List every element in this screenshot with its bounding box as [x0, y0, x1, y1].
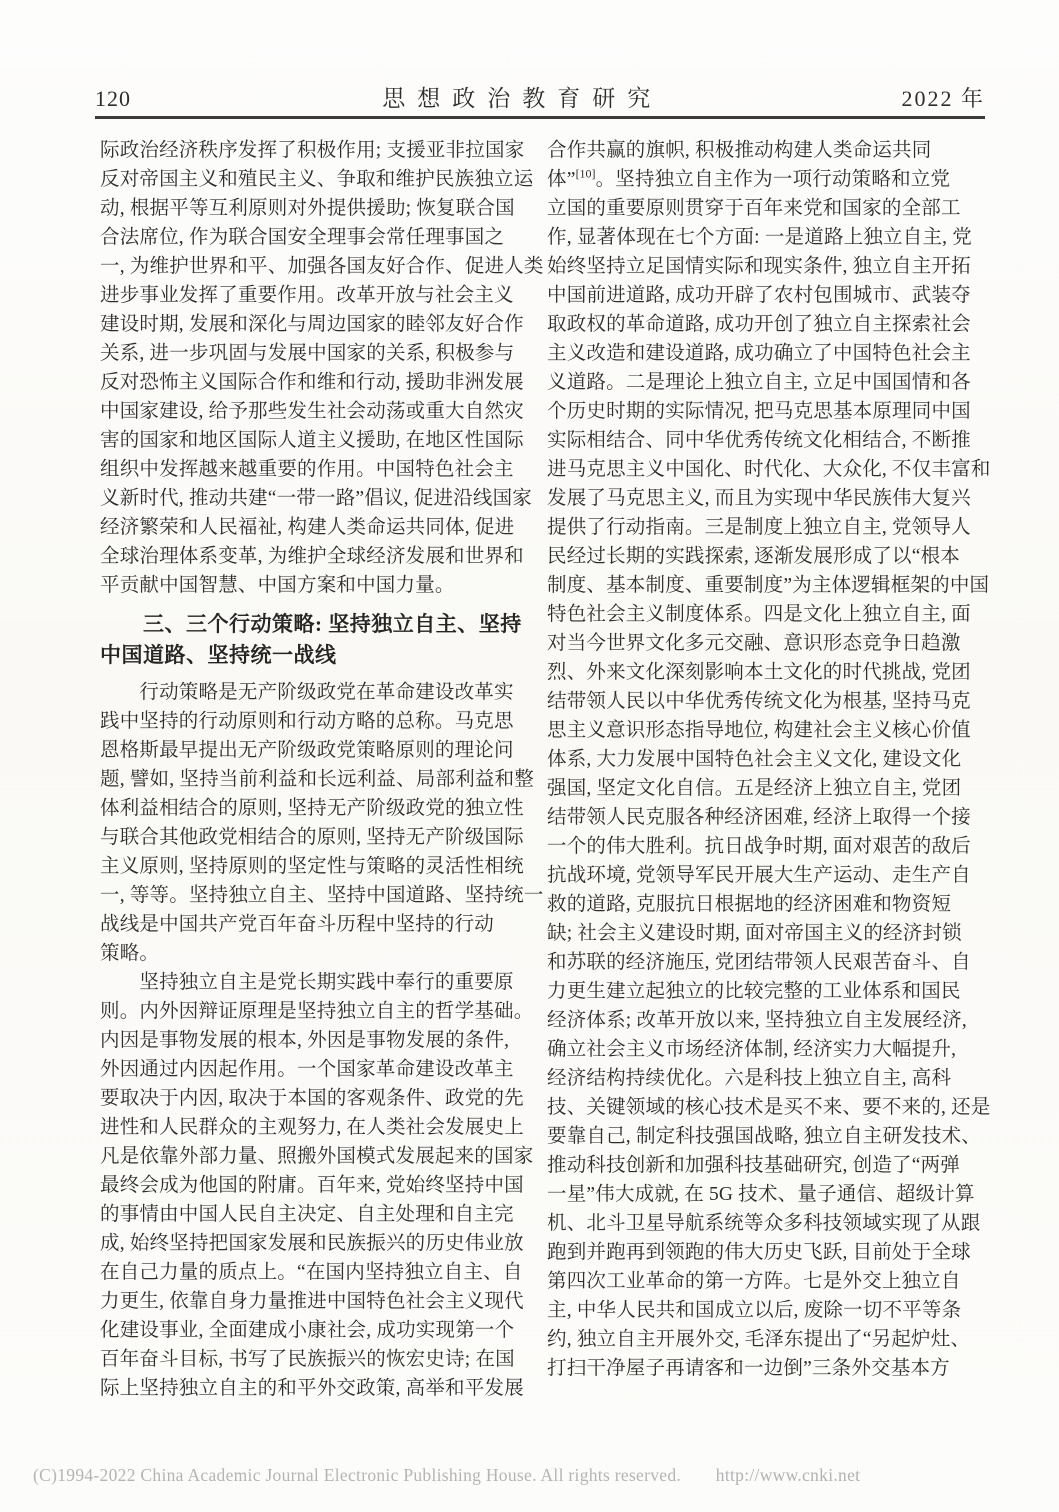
cnki-url: http://www.cnki.net	[716, 1465, 861, 1485]
text-line: 经济结构持续优化。六是科技上独立自主, 高科	[547, 1064, 979, 1093]
paragraph: 际政治经济秩序发挥了积极作用; 支援亚非拉国家反对帝国主义和殖民主义、争取和维护…	[100, 136, 532, 600]
issue-year: 2022 年	[901, 82, 985, 113]
text-line: 践中坚持的行动原则和行动方略的总称。马克思	[100, 707, 532, 736]
text-line: 和苏联的经济施压, 党团结带领人民艰苦奋斗、自	[547, 948, 979, 977]
left-column: 际政治经济秩序发挥了积极作用; 支援亚非拉国家反对帝国主义和殖民主义、争取和维护…	[100, 136, 532, 1403]
header-rule	[95, 116, 985, 119]
text-line: 进性和人民群众的主观努力, 在人类社会发展史上	[100, 1113, 532, 1142]
text-line: 机、北斗卫星导航系统等众多科技领域实现了从跟	[547, 1209, 979, 1238]
text-line: 立国的重要原则贯穿于百年来党和国家的全部工	[547, 194, 979, 223]
text-line: 救的道路, 克服抗日根据地的经济困难和物资短	[547, 890, 979, 919]
text-line: 坚持独立自主是党长期实践中奉行的重要原	[100, 968, 532, 997]
text-line: 民经过长期的实践探索, 逐渐发展形成了以“根本	[547, 542, 979, 571]
text-line: 体”[10]。坚持独立自主作为一项行动策略和立党	[547, 165, 979, 194]
text-line: 主, 中华人民共和国成立以后, 废除一切不平等条	[547, 1296, 979, 1325]
text-line: 技、关键领域的核心技术是买不来、要不来的, 还是	[547, 1093, 979, 1122]
text-line: 害的国家和地区国际人道主义援助, 在地区性国际	[100, 426, 532, 455]
footnote-ref: [10]	[576, 167, 596, 181]
text-line: 发展了马克思主义, 而且为实现中华民族伟大复兴	[547, 484, 979, 513]
text-line: 缺; 社会主义建设时期, 面对帝国主义的经济封锁	[547, 919, 979, 948]
text-line: 力更生, 依靠自身力量推进中国特色社会主义现代	[100, 1287, 532, 1316]
paragraph: 合作共赢的旗帜, 积极推动构建人类命运共同体”[10]。坚持独立自主作为一项行动…	[547, 136, 979, 1383]
text-line: 一星”伟大成就, 在 5G 技术、量子通信、超级计算	[547, 1180, 979, 1209]
text-line: 结带领人民克服各种经济困难, 经济上取得一个接	[547, 803, 979, 832]
text-line: 烈、外来文化深刻影响本土文化的时代挑战, 党团	[547, 658, 979, 687]
text-line: 主义改造和建设道路, 成功确立了中国特色社会主	[547, 339, 979, 368]
text-line: 合法席位, 作为联合国安全理事会常任理事国之	[100, 223, 532, 252]
page-number: 120	[95, 86, 131, 112]
journal-title: 思想政治教育研究	[370, 80, 662, 113]
text-line: 在自己力量的质点上。“在国内坚持独立自主、自	[100, 1258, 532, 1287]
text-line: 第四次工业革命的第一方阵。七是外交上独立自	[547, 1267, 979, 1296]
journal-page-scan: 120 思想政治教育研究 2022 年 际政治经济秩序发挥了积极作用; 支援亚非…	[0, 0, 1059, 1512]
text-line: 要取决于内因, 取决于本国的客观条件、政党的先	[100, 1084, 532, 1113]
text-line: 成, 始终坚持把国家发展和民族振兴的历史伟业放	[100, 1229, 532, 1258]
text-line: 策略。	[100, 939, 532, 968]
text-line: 全球治理体系变革, 为维护全球经济发展和世界和	[100, 542, 532, 571]
text-line: 进马克思主义中国化、时代化、大众化, 不仅丰富和	[547, 455, 979, 484]
right-column: 合作共赢的旗帜, 积极推动构建人类命运共同体”[10]。坚持独立自主作为一项行动…	[547, 136, 979, 1403]
text-line: 打扫干净屋子再请客和一边倒”三条外交基本方	[547, 1354, 979, 1383]
text-line: 关系, 进一步巩固与发展中国家的关系, 积极参与	[100, 339, 532, 368]
text-line: 抗战环境, 党领导军民开展大生产运动、走生产自	[547, 861, 979, 890]
text-line: 取政权的革命道路, 成功开创了独立自主探索社会	[547, 310, 979, 339]
copyright-text: (C)1994-2022 China Academic Journal Elec…	[33, 1465, 681, 1485]
text-line: 恩格斯最早提出无产阶级政党策略原则的理论问	[100, 736, 532, 765]
section-heading: 三、三个行动策略: 坚持独立自主、坚持中国道路、坚持统一战线	[100, 609, 532, 671]
text-line: 进步事业发挥了重要作用。改革开放与社会主义	[100, 281, 532, 310]
text-line: 建设时期, 发展和深化与周边国家的睦邻友好合作	[100, 310, 532, 339]
text-line: 始终坚持立足国情实际和现实条件, 独立自主开拓	[547, 252, 979, 281]
text-line: 外因通过内因起作用。一个国家革命建设改革主	[100, 1055, 532, 1084]
text-line: 中国前进道路, 成功开辟了农村包围城市、武装夺	[547, 281, 979, 310]
page-footer: (C)1994-2022 China Academic Journal Elec…	[33, 1465, 860, 1486]
text-line: 则。内外因辩证原理是坚持独立自主的哲学基础。	[100, 997, 532, 1026]
text-line: 中国道路、坚持统一战线	[100, 640, 532, 671]
text-line: 实际相结合、同中华优秀传统文化相结合, 不断推	[547, 426, 979, 455]
text-line: 经济体系; 改革开放以来, 坚持独立自主发展经济,	[547, 1006, 979, 1035]
text-line: 组织中发挥越来越重要的作用。中国特色社会主	[100, 455, 532, 484]
text-line: 动, 根据平等互利原则对外提供援助; 恢复联合国	[100, 194, 532, 223]
text-line: 题, 譬如, 坚持当前利益和长远利益、局部利益和整	[100, 765, 532, 794]
text-line: 合作共赢的旗帜, 积极推动构建人类命运共同	[547, 136, 979, 165]
page-header: 120 思想政治教育研究 2022 年	[95, 80, 985, 113]
text-line: 体系, 大力发展中国特色社会主义文化, 建设文化	[547, 745, 979, 774]
text-line: 提供了行动指南。三是制度上独立自主, 党领导人	[547, 513, 979, 542]
text-line: 中国家建设, 给予那些发生社会动荡或重大自然灾	[100, 397, 532, 426]
text-line: 一个的伟大胜利。抗日战争时期, 面对艰苦的敌后	[547, 832, 979, 861]
text-line: 思主义意识形态指导地位, 构建社会主义核心价值	[547, 716, 979, 745]
text-line: 化建设事业, 全面建成小康社会, 成功实现第一个	[100, 1316, 532, 1345]
text-line: 约, 独立自主开展外交, 毛泽东提出了“另起炉灶、	[547, 1325, 979, 1354]
paragraph: 行动策略是无产阶级政党在革命建设改革实践中坚持的行动原则和行动方略的总称。马克思…	[100, 678, 532, 968]
article-body: 际政治经济秩序发挥了积极作用; 支援亚非拉国家反对帝国主义和殖民主义、争取和维护…	[100, 136, 979, 1403]
text-line: 反对恐怖主义国际合作和维和行动, 援助非洲发展	[100, 368, 532, 397]
text-line: 际上坚持独立自主的和平外交政策, 高举和平发展	[100, 1374, 532, 1403]
text-line: 一, 为维护世界和平、加强各国友好合作、促进人类	[100, 252, 532, 281]
text-line: 作, 显著体现在七个方面: 一是道路上独立自主, 党	[547, 223, 979, 252]
text-line: 反对帝国主义和殖民主义、争取和维护民族独立运	[100, 165, 532, 194]
text-line: 特色社会主义制度体系。四是文化上独立自主, 面	[547, 600, 979, 629]
paragraph: 坚持独立自主是党长期实践中奉行的重要原则。内外因辩证原理是坚持独立自主的哲学基础…	[100, 968, 532, 1403]
text-line: 一, 等等。坚持独立自主、坚持中国道路、坚持统一	[100, 881, 532, 910]
text-line: 际政治经济秩序发挥了积极作用; 支援亚非拉国家	[100, 136, 532, 165]
text-line: 确立社会主义市场经济体制, 经济实力大幅提升,	[547, 1035, 979, 1064]
text-line: 平贡献中国智慧、中国方案和中国力量。	[100, 571, 532, 600]
text-line: 的事情由中国人民自主决定、自主处理和自主完	[100, 1200, 532, 1229]
text-line: 战线是中国共产党百年奋斗历程中坚持的行动	[100, 910, 532, 939]
text-line: 与联合其他政党相结合的原则, 坚持无产阶级国际	[100, 823, 532, 852]
text-line: 义道路。二是理论上独立自主, 立足中国国情和各	[547, 368, 979, 397]
text-line: 要靠自己, 制定科技强国战略, 独立自主研发技术、	[547, 1122, 979, 1151]
text-line: 结带领人民以中华优秀传统文化为根基, 坚持马克	[547, 687, 979, 716]
text-line: 力更生建立起独立的比较完整的工业体系和国民	[547, 977, 979, 1006]
text-line: 推动科技创新和加强科技基础研究, 创造了“两弹	[547, 1151, 979, 1180]
text-line: 强国, 坚定文化自信。五是经济上独立自主, 党团	[547, 774, 979, 803]
text-line: 义新时代, 推动共建“一带一路”倡议, 促进沿线国家	[100, 484, 532, 513]
text-line: 个历史时期的实际情况, 把马克思基本原理同中国	[547, 397, 979, 426]
text-line: 对当今世界文化多元交融、意识形态竞争日趋激	[547, 629, 979, 658]
text-line: 经济繁荣和人民福祉, 构建人类命运共同体, 促进	[100, 513, 532, 542]
text-line: 主义原则, 坚持原则的坚定性与策略的灵活性相统	[100, 852, 532, 881]
text-line: 最终会成为他国的附庸。百年来, 党始终坚持中国	[100, 1171, 532, 1200]
text-line: 制度、基本制度、重要制度”为主体逻辑框架的中国	[547, 571, 979, 600]
text-line: 百年奋斗目标, 书写了民族振兴的恢宏史诗; 在国	[100, 1345, 532, 1374]
text-line: 三、三个行动策略: 坚持独立自主、坚持	[100, 609, 532, 640]
text-line: 体利益相结合的原则, 坚持无产阶级政党的独立性	[100, 794, 532, 823]
text-line: 跑到并跑再到领跑的伟大历史飞跃, 目前处于全球	[547, 1238, 979, 1267]
text-line: 内因是事物发展的根本, 外因是事物发展的条件,	[100, 1026, 532, 1055]
text-line: 凡是依靠外部力量、照搬外国模式发展起来的国家	[100, 1142, 532, 1171]
text-line: 行动策略是无产阶级政党在革命建设改革实	[100, 678, 532, 707]
